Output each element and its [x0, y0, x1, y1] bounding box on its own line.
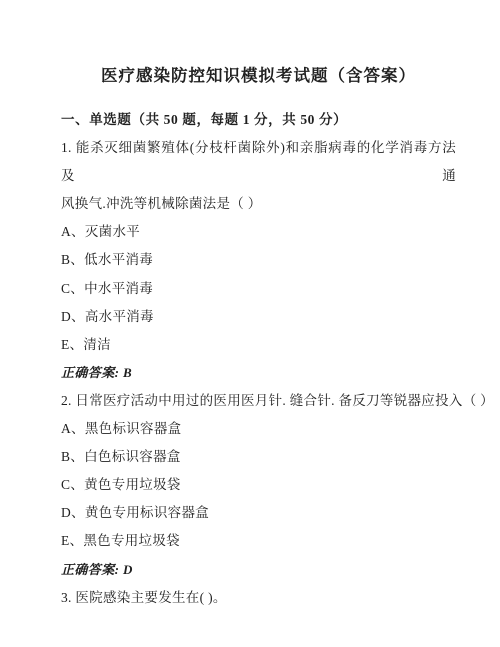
question-2-option-c: C、黄色专用垃圾袋 — [61, 471, 456, 499]
document-title: 医疗感染防控知识模拟考试题（含答案） — [61, 0, 456, 88]
question-2-option-b: B、白色标识容器盒 — [61, 443, 456, 471]
question-1-correct-answer: 正确答案: B — [61, 359, 456, 387]
question-1-option-c: C、中水平消毒 — [61, 275, 456, 303]
question-1-text-line-1: 1. 能杀灭细菌繁殖体(分枝杆菌除外)和亲脂病毒的化学消毒方法及通 — [61, 134, 456, 190]
question-2-text: 2. 日常医疗活动中用过的医用医月针. 缝合针. 备反刀等锐器应投入（ ） — [61, 387, 456, 415]
question-3-text: 3. 医院感染主要发生在( )。 — [61, 584, 456, 612]
question-2-option-d: D、黄色专用标识容器盒 — [61, 499, 456, 527]
exam-document-page: 医疗感染防控知识模拟考试题（含答案） 一、单选题（共 50 题，每题 1 分，共… — [0, 0, 500, 647]
question-1-option-b: B、低水平消毒 — [61, 246, 456, 274]
section-heading: 一、单选题（共 50 题，每题 1 分，共 50 分） — [61, 106, 456, 134]
question-1-text-line-2: 风换气.冲洗等机械除菌法是（ ） — [61, 190, 456, 218]
question-1-option-e: E、清洁 — [61, 331, 456, 359]
question-2-correct-answer: 正确答案: D — [61, 556, 456, 584]
question-1-option-a: A、灭菌水平 — [61, 218, 456, 246]
question-2-option-e: E、黑色专用垃圾袋 — [61, 527, 456, 555]
question-1-option-d: D、高水平消毒 — [61, 303, 456, 331]
question-2-option-a: A、黑色标识容器盒 — [61, 415, 456, 443]
